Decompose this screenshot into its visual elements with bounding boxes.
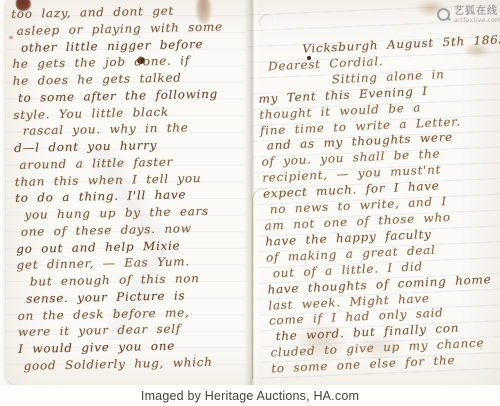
letter-page-right: Vicksburgh August 5th 1863 Dearest Cordi… — [254, 32, 500, 377]
watermark: 艺狐在线 artfoxlive.com — [437, 7, 500, 24]
letter-paper: too lazy, and dont get asleep or playing… — [6, 0, 500, 385]
magnifier-icon — [437, 8, 451, 22]
caption-text: Imaged by Heritage Auctions, HA.com — [141, 389, 359, 403]
watermark-title: 艺狐在线 — [454, 7, 500, 17]
caption-bar: Imaged by Heritage Auctions, HA.com — [0, 385, 500, 406]
letter-photo: too lazy, and dont get asleep or playing… — [0, 0, 500, 406]
watermark-url: artfoxlive.com — [454, 18, 500, 24]
letter-page-left: too lazy, and dont get asleep or playing… — [9, 1, 250, 374]
embossed-stationery-stamp — [258, 13, 276, 31]
